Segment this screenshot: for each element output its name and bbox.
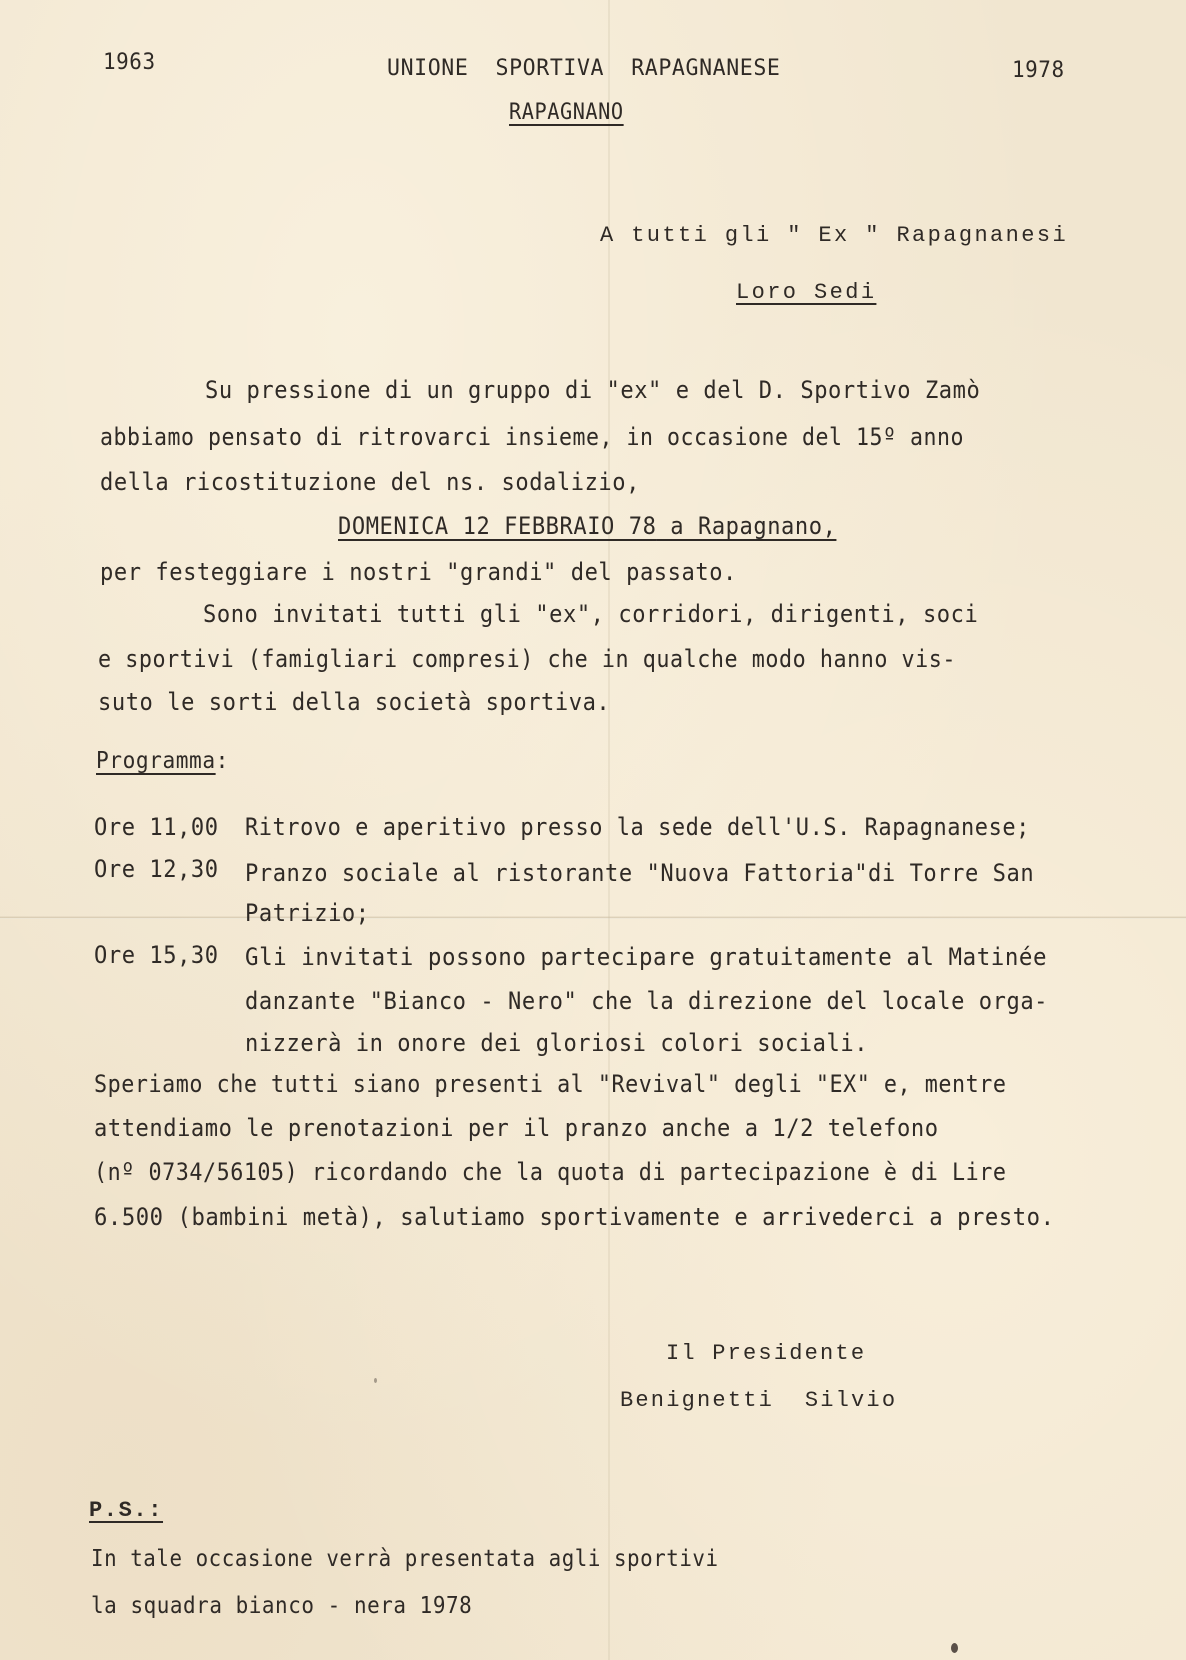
closing-text-line: attendiamo le prenotazioni per il pranzo… [94, 1116, 939, 1140]
program-description-cont: nizzerà in onore dei gloriosi colori soc… [245, 1031, 868, 1055]
organization-name: UNIONE SPORTIVA RAPAGNANESE [387, 58, 780, 80]
body-text-line: Su pressione di un gruppo di "ex" e del … [205, 378, 980, 402]
year-right: 1978 [1012, 60, 1065, 82]
body-text-line: suto le sorti della società sportiva. [98, 690, 610, 714]
paper-stain [951, 1643, 958, 1653]
program-time: Ore 12,30 [94, 857, 219, 881]
program-time: Ore 11,00 [94, 815, 219, 839]
year-left: 1963 [103, 52, 156, 74]
closing-text-line: Speriamo che tutti siano presenti al "Re… [94, 1072, 1007, 1096]
program-heading-colon: : [216, 748, 229, 774]
addressee-subline: Loro Sedi [736, 282, 876, 304]
signature-title: Il Presidente [666, 1343, 866, 1365]
postscript-line: la squadra bianco - nera 1978 [91, 1595, 472, 1618]
addressee-line: A tutti gli " Ex " Rapagnanesi [600, 225, 1068, 247]
program-description-cont: danzante "Bianco - Nero" che la direzion… [245, 989, 1048, 1013]
body-text-line: per festeggiare i nostri "grandi" del pa… [100, 560, 737, 584]
body-text-line: abbiamo pensato di ritrovarci insieme, i… [100, 425, 964, 449]
event-date: DOMENICA 12 FEBBRAIO 78 [338, 512, 656, 540]
letter-page: 1963 UNIONE SPORTIVA RAPAGNANESE 1978 RA… [0, 0, 1186, 1660]
program-description-cont: Patrizio; [245, 901, 370, 925]
body-text-line: della ricostituzione del ns. sodalizio, [100, 470, 640, 494]
paper-fold-line [0, 916, 1186, 919]
postscript-line: In tale occasione verrà presentata agli … [91, 1548, 719, 1571]
closing-text-line: 6.500 (bambini metà), salutiamo sportiva… [94, 1205, 1055, 1229]
program-description: Pranzo sociale al ristorante "Nuova Fatt… [245, 861, 1034, 885]
program-time: Ore 15,30 [94, 943, 219, 967]
town-name: RAPAGNANO [509, 102, 624, 124]
postscript-heading: P.S.: [89, 1500, 163, 1522]
signature-name: Benignetti Silvio [620, 1390, 897, 1412]
event-location: a Rapagnano, [656, 512, 836, 540]
program-description: Gli invitati possono partecipare gratuit… [245, 945, 1047, 969]
paper-stain [374, 1378, 377, 1383]
program-description: Ritrovo e aperitivo presso la sede dell'… [245, 815, 1030, 839]
program-heading: Programma: [96, 750, 229, 773]
program-heading-label: Programma [96, 748, 216, 774]
body-text-line: e sportivi (famigliari compresi) che in … [98, 647, 956, 671]
closing-text-line: (nº 0734/56105) ricordando che la quota … [94, 1160, 1007, 1184]
body-text-line: Sono invitati tutti gli "ex", corridori,… [203, 602, 978, 626]
event-date-line: DOMENICA 12 FEBBRAIO 78 a Rapagnano, [338, 514, 836, 538]
